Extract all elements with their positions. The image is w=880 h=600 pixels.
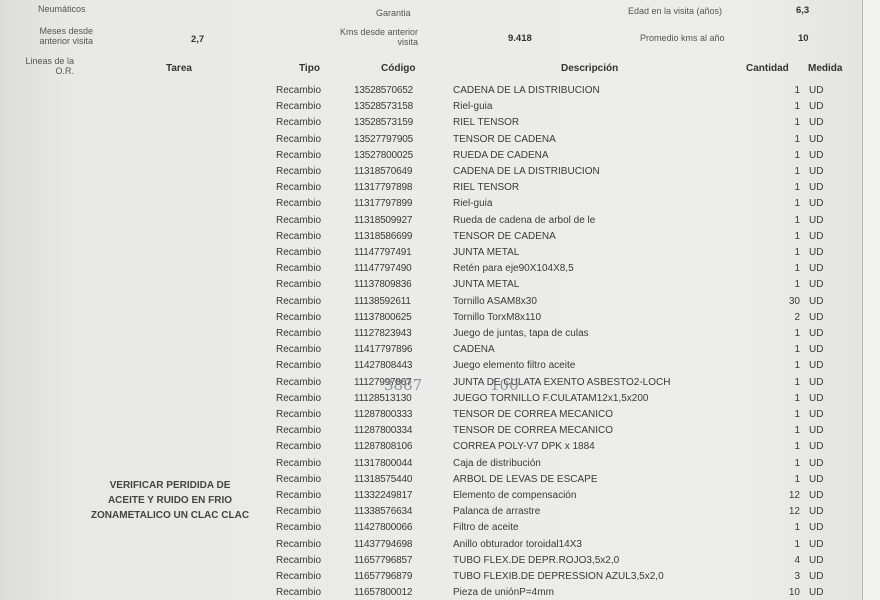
table-row: Recambio11317800044Caja de distribución1… xyxy=(0,456,880,472)
cell-codigo: 11137800625 xyxy=(354,312,412,323)
table-row: Recambio13528573158Riel-guia1UD xyxy=(0,99,880,115)
cell-cantidad: 1 xyxy=(760,344,800,355)
cell-descripcion: Elemento de compensación xyxy=(453,490,576,501)
cell-cantidad: 1 xyxy=(760,117,800,128)
meses-value: 2,7 xyxy=(191,34,204,45)
cell-cantidad: 1 xyxy=(760,409,800,420)
table-row: Recambio11287800333TENSOR DE CORREA MECA… xyxy=(0,407,880,423)
cell-codigo: 11318509927 xyxy=(354,215,412,226)
cell-codigo: 11427808443 xyxy=(354,360,412,371)
cell-medida: UD xyxy=(809,312,823,323)
cell-codigo: 11318586699 xyxy=(354,231,412,242)
table-row: Recambio11318570649CADENA DE LA DISTRIBU… xyxy=(0,164,880,180)
cell-codigo: 11127823943 xyxy=(354,328,412,339)
cell-cantidad: 4 xyxy=(760,555,800,566)
cell-cantidad: 12 xyxy=(760,490,800,501)
cell-codigo: 13527797905 xyxy=(354,134,413,145)
cell-cantidad: 1 xyxy=(760,328,800,339)
cell-codigo: 11318570649 xyxy=(354,166,412,177)
table-row: Recambio11127997867JUNTA DE CULATA EXENT… xyxy=(0,375,880,391)
cell-medida: UD xyxy=(809,263,823,274)
cell-descripcion: Palanca de arrastre xyxy=(453,506,540,517)
cell-medida: UD xyxy=(809,101,823,112)
lineas-label: Lineas de la O.R. xyxy=(14,56,74,76)
kms-label-line2: visita xyxy=(318,37,418,47)
cell-cantidad: 1 xyxy=(760,198,800,209)
cell-cantidad: 1 xyxy=(760,150,800,161)
meses-label-line1: Meses desde xyxy=(29,26,93,36)
cell-descripcion: CADENA DE LA DISTRIBUCION xyxy=(453,166,600,177)
cell-medida: UD xyxy=(809,409,823,420)
cell-tipo: Recambio xyxy=(276,296,321,307)
cell-medida: UD xyxy=(809,441,823,452)
cell-cantidad: 3 xyxy=(760,571,800,582)
task-line-3: ZONAMETALICO UN CLAC CLAC xyxy=(70,508,270,523)
cell-tipo: Recambio xyxy=(276,441,321,452)
table-row: Recambio11317797898RIEL TENSOR1UD xyxy=(0,180,880,196)
cell-descripcion: RIEL TENSOR xyxy=(453,117,519,128)
cell-cantidad: 12 xyxy=(760,506,800,517)
cell-medida: UD xyxy=(809,393,823,404)
edad-value: 6,3 xyxy=(796,5,809,16)
cell-medida: UD xyxy=(809,506,823,517)
table-row: Recambio11137809836JUNTA METAL1UD xyxy=(0,277,880,293)
cell-tipo: Recambio xyxy=(276,198,321,209)
cell-tipo: Recambio xyxy=(276,571,321,582)
cell-medida: UD xyxy=(809,425,823,436)
cell-descripcion: Riel-guia xyxy=(453,101,492,112)
cell-codigo: 11147797491 xyxy=(354,247,412,258)
cell-codigo: 11657796857 xyxy=(354,555,412,566)
table-row: Recambio11287808106CORREA POLY-V7 DPK x … xyxy=(0,439,880,455)
kms-label: Kms desde anterior visita xyxy=(318,27,418,47)
lineas-label-line2: O.R. xyxy=(14,66,74,76)
promedio-label: Promedio kms al año xyxy=(640,33,725,43)
cell-medida: UD xyxy=(809,328,823,339)
overlay-number-a: 3887 xyxy=(384,376,422,394)
cell-codigo: 11137809836 xyxy=(354,279,412,290)
cell-cantidad: 1 xyxy=(760,441,800,452)
cell-descripcion: JUEGO TORNILLO F.CULATAM12x1,5x200 xyxy=(453,393,648,404)
table-row: Recambio13528573159RIEL TENSOR1UD xyxy=(0,115,880,131)
table-row: Recambio11427808443Juego elemento filtro… xyxy=(0,358,880,374)
cell-descripcion: CADENA xyxy=(453,344,495,355)
cell-cantidad: 1 xyxy=(760,85,800,96)
cell-cantidad: 1 xyxy=(760,231,800,242)
cell-tipo: Recambio xyxy=(276,231,321,242)
cell-descripcion: JUNTA DE CULATA EXENTO ASBESTO2-LOCH xyxy=(453,377,670,388)
table-row: Recambio11657800012Pieza de uniónP=4mm10… xyxy=(0,585,880,600)
neumaticos-label: Neumáticos xyxy=(38,4,86,14)
cell-descripcion: JUNTA METAL xyxy=(453,279,519,290)
cell-cantidad: 1 xyxy=(760,134,800,145)
cell-medida: UD xyxy=(809,182,823,193)
header-tipo: Tipo xyxy=(299,63,320,74)
table-row: Recambio11147797491JUNTA METAL1UD xyxy=(0,245,880,261)
cell-descripcion: Tornillo ASAM8x30 xyxy=(453,296,537,307)
cell-tipo: Recambio xyxy=(276,490,321,501)
cell-tipo: Recambio xyxy=(276,328,321,339)
cell-tipo: Recambio xyxy=(276,506,321,517)
table-row: Recambio13528570652CADENA DE LA DISTRIBU… xyxy=(0,83,880,99)
cell-medida: UD xyxy=(809,296,823,307)
cell-descripcion: Juego de juntas, tapa de culas xyxy=(453,328,589,339)
cell-cantidad: 1 xyxy=(760,458,800,469)
cell-medida: UD xyxy=(809,166,823,177)
cell-tipo: Recambio xyxy=(276,166,321,177)
cell-codigo: 11657800012 xyxy=(354,587,412,598)
cell-medida: UD xyxy=(809,360,823,371)
cell-cantidad: 1 xyxy=(760,279,800,290)
cell-descripcion: RUEDA DE CADENA xyxy=(453,150,549,161)
cell-cantidad: 30 xyxy=(760,296,800,307)
cell-codigo: 11287800333 xyxy=(354,409,412,420)
table-row: Recambio11318509927Rueda de cadena de ar… xyxy=(0,213,880,229)
cell-descripcion: CORREA POLY-V7 DPK x 1884 xyxy=(453,441,595,452)
cell-descripcion: RIEL TENSOR xyxy=(453,182,519,193)
edad-label: Edad en la visita (años) xyxy=(628,6,722,16)
cell-cantidad: 1 xyxy=(760,474,800,485)
cell-descripcion: Retén para eje90X104X8,5 xyxy=(453,263,574,274)
cell-medida: UD xyxy=(809,198,823,209)
overlay-number-b: 100 xyxy=(490,376,519,394)
cell-tipo: Recambio xyxy=(276,458,321,469)
table-row: Recambio13527797905TENSOR DE CADENA1UD xyxy=(0,132,880,148)
task-line-1: VERIFICAR PERIDIDA DE xyxy=(70,478,270,493)
cell-tipo: Recambio xyxy=(276,474,321,485)
cell-medida: UD xyxy=(809,215,823,226)
cell-tipo: Recambio xyxy=(276,360,321,371)
cell-tipo: Recambio xyxy=(276,150,321,161)
cell-codigo: 11332249817 xyxy=(354,490,412,501)
cell-descripcion: TENSOR DE CADENA xyxy=(453,134,556,145)
table-row: Recambio11127823943Juego de juntas, tapa… xyxy=(0,326,880,342)
cell-tipo: Recambio xyxy=(276,101,321,112)
task-line-2: ACEITE Y RUIDO EN FRIO xyxy=(70,493,270,508)
header-descripcion: Descripción xyxy=(561,63,618,74)
cell-tipo: Recambio xyxy=(276,393,321,404)
cell-cantidad: 1 xyxy=(760,393,800,404)
cell-codigo: 11427800066 xyxy=(354,522,412,533)
lineas-label-line1: Lineas de la xyxy=(14,56,74,66)
kms-label-line1: Kms desde anterior xyxy=(318,27,418,37)
header-cantidad: Cantidad xyxy=(746,63,789,74)
table-row: Recambio11128513130JUEGO TORNILLO F.CULA… xyxy=(0,391,880,407)
cell-medida: UD xyxy=(809,539,823,550)
table-row: Recambio11318586699TENSOR DE CADENA1UD xyxy=(0,229,880,245)
cell-codigo: 11318575440 xyxy=(354,474,412,485)
cell-descripcion: Riel-guia xyxy=(453,198,492,209)
cell-tipo: Recambio xyxy=(276,425,321,436)
table-row: Recambio11317797899Riel-guia1UD xyxy=(0,196,880,212)
cell-medida: UD xyxy=(809,279,823,290)
cell-medida: UD xyxy=(809,458,823,469)
cell-codigo: 13527800025 xyxy=(354,150,413,161)
cell-cantidad: 1 xyxy=(760,425,800,436)
cell-codigo: 11317797899 xyxy=(354,198,412,209)
cell-codigo: 11437794698 xyxy=(354,539,412,550)
cell-tipo: Recambio xyxy=(276,377,321,388)
cell-descripcion: Filtro de aceite xyxy=(453,522,519,533)
promedio-value: 10 xyxy=(798,33,809,44)
cell-descripcion: TENSOR DE CADENA xyxy=(453,231,556,242)
table-row: Recambio13527800025RUEDA DE CADENA1UD xyxy=(0,148,880,164)
cell-cantidad: 1 xyxy=(760,360,800,371)
table-row: Recambio11437794698Anillo obturador toro… xyxy=(0,537,880,553)
cell-descripcion: JUNTA METAL xyxy=(453,247,519,258)
kms-value: 9.418 xyxy=(508,33,532,44)
cell-medida: UD xyxy=(809,231,823,242)
header-tarea: Tarea xyxy=(166,63,192,74)
header-codigo: Código xyxy=(381,63,415,74)
cell-codigo: 11657796879 xyxy=(354,571,412,582)
cell-tipo: Recambio xyxy=(276,344,321,355)
table-row: Recambio11287800334TENSOR DE CORREA MECA… xyxy=(0,423,880,439)
meses-label: Meses desde anterior visita xyxy=(29,26,93,46)
cell-descripcion: Pieza de uniónP=4mm xyxy=(453,587,554,598)
cell-medida: UD xyxy=(809,247,823,258)
cell-codigo: 11147797490 xyxy=(354,263,412,274)
cell-tipo: Recambio xyxy=(276,263,321,274)
cell-codigo: 13528570652 xyxy=(354,85,413,96)
cell-tipo: Recambio xyxy=(276,182,321,193)
cell-cantidad: 2 xyxy=(760,312,800,323)
cell-tipo: Recambio xyxy=(276,117,321,128)
cell-cantidad: 1 xyxy=(760,539,800,550)
cell-cantidad: 1 xyxy=(760,247,800,258)
cell-codigo: 11287800334 xyxy=(354,425,412,436)
table-row: Recambio11657796879TUBO FLEXIB.DE DEPRES… xyxy=(0,569,880,585)
cell-tipo: Recambio xyxy=(276,409,321,420)
cell-medida: UD xyxy=(809,474,823,485)
cell-tipo: Recambio xyxy=(276,522,321,533)
cell-tipo: Recambio xyxy=(276,247,321,258)
cell-descripcion: TENSOR DE CORREA MECANICO xyxy=(453,425,613,436)
cell-descripcion: Rueda de cadena de arbol de le xyxy=(453,215,595,226)
cell-tipo: Recambio xyxy=(276,85,321,96)
cell-cantidad: 1 xyxy=(760,166,800,177)
cell-codigo: 11287808106 xyxy=(354,441,412,452)
cell-descripcion: Juego elemento filtro aceite xyxy=(453,360,575,371)
table-row: Recambio11137800625Tornillo TorxM8x1102U… xyxy=(0,310,880,326)
cell-cantidad: 1 xyxy=(760,215,800,226)
cell-tipo: Recambio xyxy=(276,539,321,550)
cell-codigo: 11138592611 xyxy=(354,296,411,307)
cell-medida: UD xyxy=(809,587,823,598)
meses-label-line2: anterior visita xyxy=(29,36,93,46)
cell-tipo: Recambio xyxy=(276,312,321,323)
table-row: Recambio11417797896CADENA1UD xyxy=(0,342,880,358)
cell-cantidad: 1 xyxy=(760,377,800,388)
cell-codigo: 11128513130 xyxy=(354,393,412,404)
table-row: Recambio11657796857TUBO FLEX.DE DEPR.ROJ… xyxy=(0,553,880,569)
cell-cantidad: 1 xyxy=(760,263,800,274)
garantia-label: Garantia xyxy=(376,8,411,18)
cell-cantidad: 1 xyxy=(760,182,800,193)
cell-codigo: 13528573159 xyxy=(354,117,413,128)
cell-medida: UD xyxy=(809,344,823,355)
cell-descripcion: ARBOL DE LEVAS DE ESCAPE xyxy=(453,474,598,485)
cell-codigo: 13528573158 xyxy=(354,101,413,112)
cell-tipo: Recambio xyxy=(276,555,321,566)
cell-descripcion: Tornillo TorxM8x110 xyxy=(453,312,541,323)
cell-medida: UD xyxy=(809,117,823,128)
cell-descripcion: TUBO FLEXIB.DE DEPRESSION AZUL3,5x2,0 xyxy=(453,571,664,582)
cell-codigo: 11317800044 xyxy=(354,458,412,469)
cell-medida: UD xyxy=(809,377,823,388)
cell-descripcion: TENSOR DE CORREA MECANICO xyxy=(453,409,613,420)
cell-medida: UD xyxy=(809,150,823,161)
cell-medida: UD xyxy=(809,571,823,582)
cell-tipo: Recambio xyxy=(276,215,321,226)
table-row: Recambio11147797490Retén para eje90X104X… xyxy=(0,261,880,277)
cell-medida: UD xyxy=(809,522,823,533)
cell-codigo: 11417797896 xyxy=(354,344,412,355)
cell-cantidad: 1 xyxy=(760,101,800,112)
cell-descripcion: Caja de distribución xyxy=(453,458,541,469)
cell-medida: UD xyxy=(809,134,823,145)
cell-tipo: Recambio xyxy=(276,134,321,145)
cell-descripcion: TUBO FLEX.DE DEPR.ROJO3,5x2,0 xyxy=(453,555,619,566)
task-description: VERIFICAR PERIDIDA DE ACEITE Y RUIDO EN … xyxy=(70,478,270,523)
cell-medida: UD xyxy=(809,85,823,96)
cell-cantidad: 1 xyxy=(760,522,800,533)
document-page: Neumáticos Garantia Edad en la visita (a… xyxy=(0,0,880,600)
cell-codigo: 11338576634 xyxy=(354,506,412,517)
cell-medida: UD xyxy=(809,555,823,566)
cell-medida: UD xyxy=(809,490,823,501)
cell-tipo: Recambio xyxy=(276,587,321,598)
cell-tipo: Recambio xyxy=(276,279,321,290)
table-row: Recambio11138592611Tornillo ASAM8x3030UD xyxy=(0,294,880,310)
cell-cantidad: 10 xyxy=(760,587,800,598)
cell-codigo: 11317797898 xyxy=(354,182,412,193)
header-medida: Medida xyxy=(808,63,842,74)
cell-descripcion: CADENA DE LA DISTRIBUCION xyxy=(453,85,600,96)
cell-descripcion: Anillo obturador toroidal14X3 xyxy=(453,539,582,550)
